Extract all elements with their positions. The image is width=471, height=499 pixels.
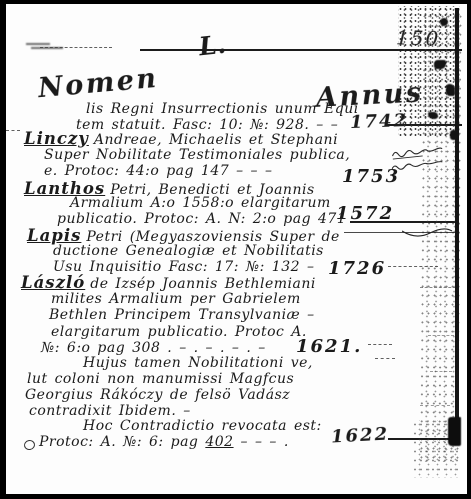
column-header-nomen: Nomen bbox=[37, 63, 160, 104]
scan-edge-blotch bbox=[448, 417, 461, 446]
index-letter: L. bbox=[198, 30, 228, 62]
ink-mark bbox=[23, 439, 36, 451]
record-line: e. Protoc: 44:o pag 147 – – – bbox=[44, 163, 273, 179]
record-line: Bethlen Principem Transylvaniæ – bbox=[49, 307, 315, 323]
year-value: 1622 bbox=[330, 423, 389, 447]
record-line: publicatio. Protoc: A. N: 2:o pag 471 bbox=[57, 211, 346, 227]
ink-blotch bbox=[446, 84, 455, 96]
record-line: lut coloni non manumissi Magfcus bbox=[27, 371, 294, 387]
scan-edge-bar bbox=[455, 8, 459, 445]
entry-name: László bbox=[21, 273, 90, 292]
record-line: Protoc: A. №: 6: pag 402 – – – . bbox=[39, 434, 289, 450]
ink-blotch bbox=[428, 112, 438, 119]
ink-blotch bbox=[440, 18, 448, 26]
year-value: 1621. bbox=[296, 336, 362, 357]
record-line: ductione Genealogiæ et Nobilitatis bbox=[53, 243, 324, 259]
record-line: Hujus tamen Nobilitationi ve, bbox=[83, 355, 313, 371]
record-line: №: 6:o pag 308 . – . – . – . – bbox=[41, 340, 266, 356]
record-line: LinczyAndreae, Michaelis et Stephani bbox=[24, 129, 338, 148]
header-dash-marks bbox=[40, 47, 112, 48]
smudge-mark bbox=[26, 43, 50, 45]
record-line: Armalium A:o 1558:o elargitarum bbox=[70, 195, 331, 211]
record-line: lis Regni Insurrectionis unum Equi bbox=[86, 101, 359, 117]
page-ref: 402 bbox=[205, 434, 233, 450]
ledger-dashes bbox=[375, 358, 395, 359]
record-line: Georgius Rákóczy de felsö Vadász bbox=[25, 387, 290, 403]
record-line: Hoc Contradictio revocata est: bbox=[83, 418, 322, 434]
record-line: Lászlóde Izsép Joannis Bethlemiani bbox=[21, 273, 316, 292]
scanned-archive-page: L. 150 Nomen Annus lis Regni Insurrectio… bbox=[0, 0, 471, 499]
entry-name-rest: de Izsép Joannis Bethlemiani bbox=[90, 276, 316, 292]
record-line: Super Nobilitate Testimoniales publica, bbox=[44, 147, 350, 163]
entry-name: Linczy bbox=[24, 129, 94, 148]
record-line: milites Armalium per Gabrielem bbox=[51, 291, 301, 307]
entry-name-rest: Andreae, Michaelis et Stephani bbox=[94, 132, 338, 148]
record-line: elargitarum publicatio. Protoc A. bbox=[51, 324, 307, 340]
record-line-prefix: Protoc: A. №: 6: pag bbox=[39, 434, 205, 450]
record-line: contradixit Ibidem. – bbox=[29, 403, 191, 419]
record-line-suffix: – – – . bbox=[234, 434, 289, 450]
year-value: 1726 bbox=[328, 258, 386, 279]
margin-dash bbox=[6, 130, 20, 131]
ledger-dashes bbox=[368, 344, 392, 345]
ink-blotch bbox=[434, 60, 446, 69]
